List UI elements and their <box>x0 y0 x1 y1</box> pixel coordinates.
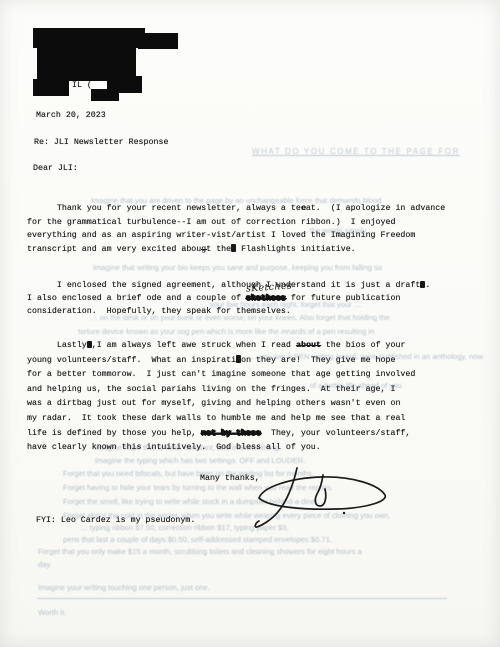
redaction-block <box>33 28 145 48</box>
overstrike-ov: g <box>201 243 206 257</box>
letter-date: March 20, 2023 <box>36 111 106 121</box>
text-segment: young volunteers/staff. What an inspirat… <box>27 356 236 365</box>
overstrike-struck: about <box>296 341 321 350</box>
text-segment: my radar. It took these dark walls to hu… <box>27 414 405 423</box>
text-segment: Lastly <box>27 341 87 350</box>
signature-scrawl-icon <box>246 458 406 543</box>
paragraph: Thank you for your recent newsletter, al… <box>27 202 445 256</box>
ghost-line: WHAT DO YOU COME TO THE PAGE FOR <box>252 147 460 156</box>
body-line: for a better tommorow. I just can't imag… <box>27 368 415 383</box>
body-line: young volunteers/staff. What an inspirat… <box>27 354 415 369</box>
text-segment: everything and as an aspiring writer-vis… <box>27 231 415 240</box>
text-segment: life is defined by those you help, <box>27 429 201 438</box>
text-segment: on they are! They give me hope <box>241 356 395 365</box>
overstrike-xout: not by those <box>201 429 261 438</box>
redaction-block <box>91 89 119 101</box>
scanned-letter-page: WHAT DO YOU COME TO THE PAGE FORImagine … <box>0 0 500 647</box>
overstrike-xout: skethces <box>246 294 286 303</box>
text-segment: ,I am always left awe struck when I read <box>92 341 296 350</box>
text-segment: Flashlights initiative. <box>236 245 356 254</box>
body-line: was a dirtbag just out for myself, givin… <box>27 397 415 412</box>
text-segment: have clearly known this intuitively. God… <box>27 443 321 452</box>
ghost-rule <box>37 598 447 599</box>
text-segment: for future publication <box>286 294 401 303</box>
text-segment: transcript and am very excited abou <box>27 245 201 254</box>
body-line: everything and as an aspiring writer-vis… <box>27 229 445 243</box>
address-state-fragment: IL ( <box>72 81 92 91</box>
body-line: have clearly known this intuitively. God… <box>27 441 415 456</box>
body-line: life is defined by those you help, not b… <box>27 427 415 442</box>
body-line: for the grammatical turbulence--I am out… <box>27 216 445 230</box>
body-line: consideration. Hopefully, they speak for… <box>27 305 430 318</box>
text-segment: I enclosed the signed agreement, althoug… <box>27 281 420 290</box>
text-segment: . <box>425 281 430 290</box>
ghost-line: Imagine that writing your bio keeps you … <box>93 263 382 272</box>
postscript: FYI: Leo Cardez is my pseudonym. <box>36 516 195 526</box>
text-segment: and helping us, the social pariahs livin… <box>27 385 395 394</box>
text-segment: Thank you for your recent newsletter, al… <box>27 204 301 213</box>
text-segment: t the <box>206 245 231 254</box>
text-segment: consideration. Hopefully, they speak for… <box>27 307 291 316</box>
ghost-line: Worth it. <box>38 608 66 617</box>
ghost-line: torture device known as your sog pen whi… <box>78 327 374 336</box>
ghost-line: Imagine your writing touching one person… <box>38 583 210 592</box>
body-line: I also enclosed a brief ode and a couple… <box>27 292 430 305</box>
paragraph: I enclosed the signed agreement, althoug… <box>27 279 430 318</box>
body-line: transcript and am very excited abougt th… <box>27 243 445 257</box>
redaction-block <box>33 79 69 96</box>
text-segment: I also enclosed a brief ode and a couple… <box>27 294 246 303</box>
text-segment: for the grammatical turbulence--I am out… <box>27 218 395 227</box>
ghost-line: day. <box>38 560 52 569</box>
body-line: Thank you for your recent newsletter, al… <box>27 202 445 216</box>
body-line: my radar. It took these dark walls to hu… <box>27 412 415 427</box>
text-segment: the bios of your <box>321 341 406 350</box>
text-segment: for a better tommorow. I just can't imag… <box>27 370 415 379</box>
text-segment: was a dirtbag just out for myself, givin… <box>27 399 400 408</box>
body-line: Lastly,I am always left awe struck when … <box>27 339 415 354</box>
text-segment: at. (I apologize in advance <box>306 204 445 213</box>
ghost-line: Forget that you only make $15 a month, s… <box>38 547 362 556</box>
redaction-block <box>138 33 178 49</box>
re-line: Re: JLI Newsletter Response <box>34 138 168 148</box>
paragraph: Lastly,I am always left awe struck when … <box>27 339 415 456</box>
text-segment: They, your volunteers/staff, <box>261 429 410 438</box>
body-line: and helping us, the social pariahs livin… <box>27 383 415 398</box>
salutation: Dear JLI: <box>33 164 78 174</box>
body-line: I enclosed the signed agreement, althoug… <box>27 279 430 292</box>
